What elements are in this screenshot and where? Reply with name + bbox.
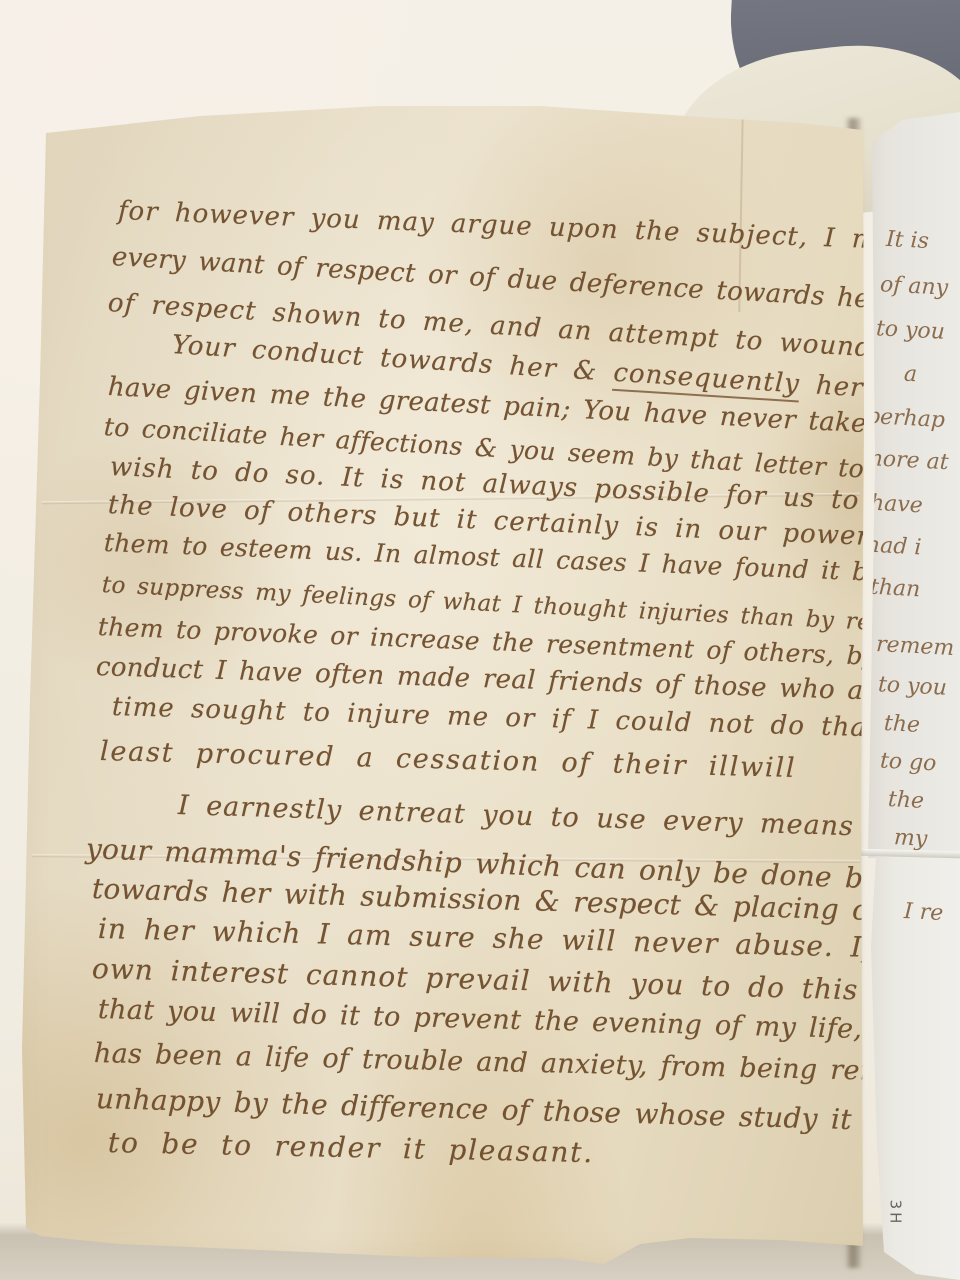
page2-text-fragment: my: [893, 825, 928, 852]
page2-text-fragment: to you: [875, 316, 945, 345]
letter-line: has been a life of trouble and anxiety, …: [94, 1038, 959, 1089]
page2-text-fragment: have: [869, 491, 923, 519]
pencil-inscription: 3H: [886, 1200, 904, 1227]
page2-text-fragment: I re: [903, 899, 943, 926]
page2-text-fragment: to go: [879, 749, 937, 777]
letter-page-2-lower-leaf: I re 3H: [854, 856, 960, 1280]
page2-text-fragment: more at: [861, 446, 949, 475]
underlined-word: consequently: [612, 358, 800, 403]
page2-text-fragment: the: [883, 711, 920, 738]
letter-page-2-upper-leaf: It is of any to you a perhap more at hav…: [856, 106, 960, 858]
page2-text-fragment: had i: [865, 533, 922, 561]
letter-page-1: for however you may argue upon the subje…: [0, 0, 960, 1280]
page2-text-fragment: remem: [875, 632, 954, 661]
page2-text-fragment: to you: [877, 672, 947, 701]
page2-text-fragment: perhap: [865, 404, 945, 433]
page2-text-fragment: the: [887, 787, 924, 814]
page2-text-fragment: a: [903, 362, 917, 388]
letter-line: least procured a cessation of their illw…: [100, 736, 797, 784]
photograph-of-letter: It is of any to you a perhap more at hav…: [0, 0, 960, 1280]
page2-text-fragment: of any: [879, 272, 948, 301]
letter-line: to be to render it pleasant.: [108, 1126, 595, 1169]
page2-text-fragment: It is: [885, 227, 929, 254]
page2-text-fragment: than: [869, 575, 921, 603]
letter-line: I earnestly entreat you to use every mea…: [178, 790, 960, 848]
